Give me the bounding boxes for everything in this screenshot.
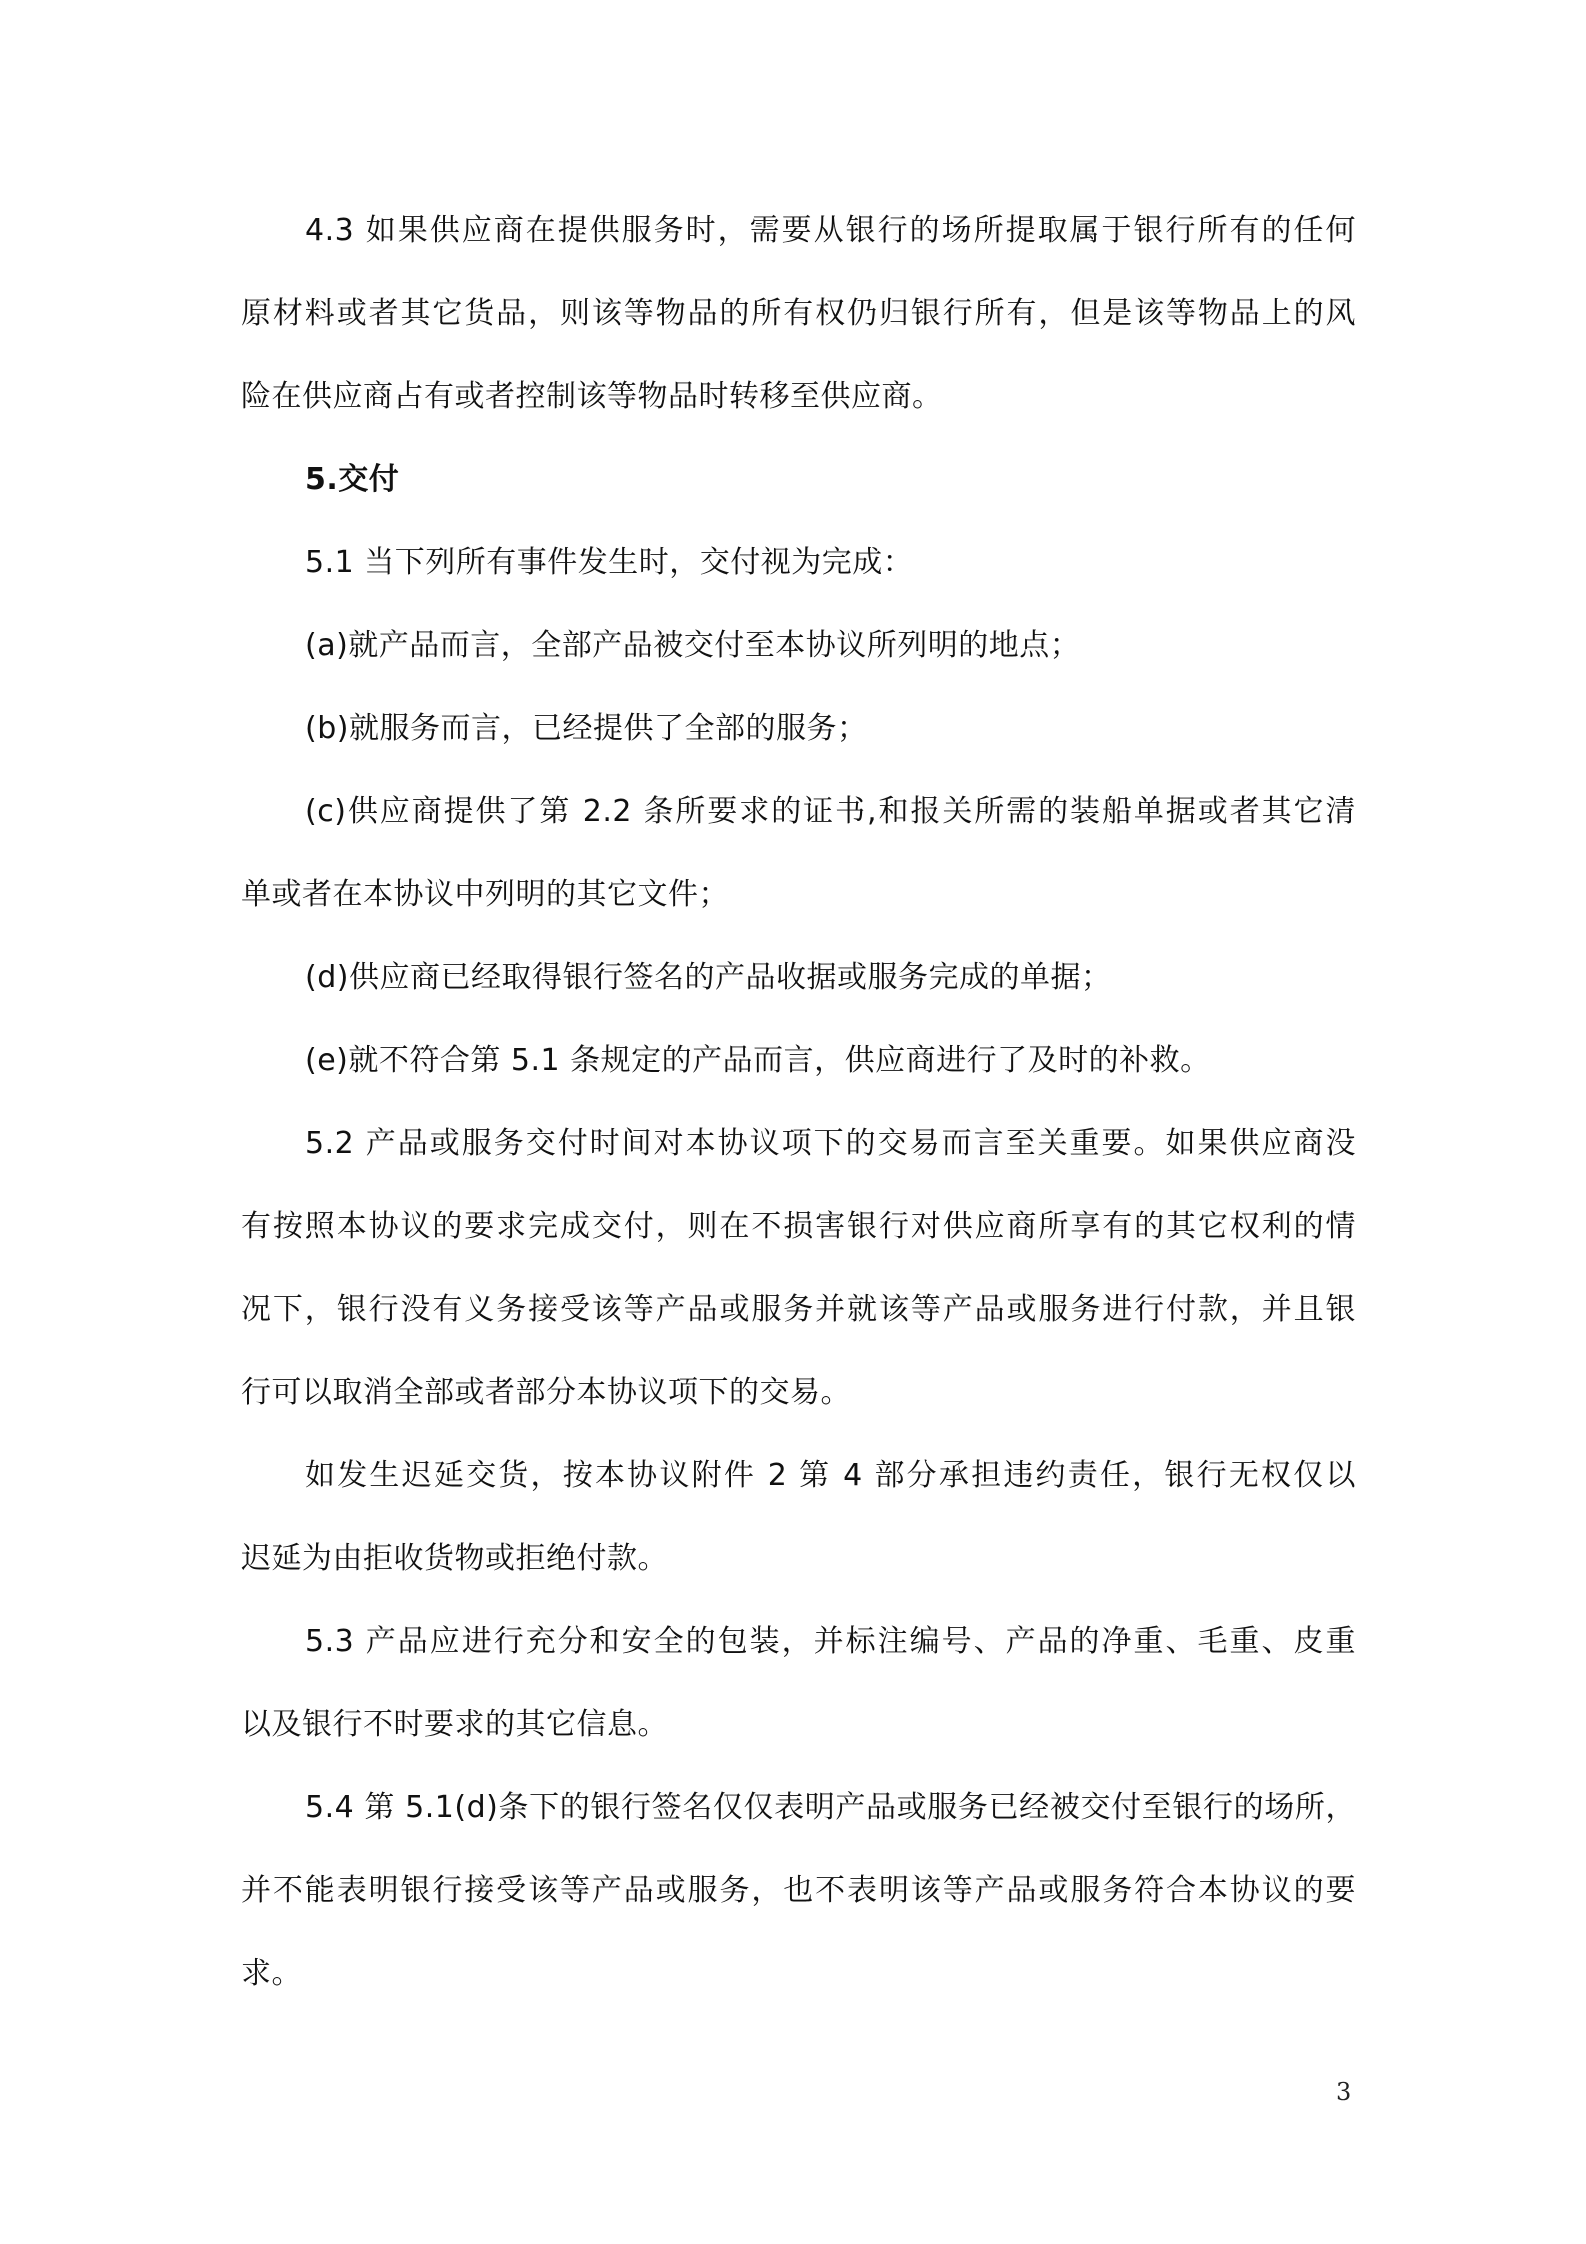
clause-5-2-line-2: 有按照本协议的要求完成交付，则在不损害银行对供应商所享有的其它权利的情 [241,1192,1356,1275]
clause-5-1: 5.1 当下列所有事件发生时，交付视为完成： [241,528,1356,611]
clause-5-4-line-1: 5.4 第 5.1(d)条下的银行签名仅仅表明产品或服务已经被交付至银行的场所， [241,1773,1356,1856]
clause-5-4-line-2: 并不能表明银行接受该等产品或服务，也不表明该等产品或服务符合本协议的要 [241,1856,1356,1939]
clause-5-2-line-3: 况下，银行没有义务接受该等产品或服务并就该等产品或服务进行付款，并且银 [241,1275,1356,1358]
clause-4-3-line-2: 原材料或者其它货品，则该等物品的所有权仍归银行所有，但是该等物品上的风 [241,279,1356,362]
clause-4-3-line-3: 险在供应商占有或者控制该等物品时转移至供应商。 [241,362,1356,445]
clause-5-1-b: (b)就服务而言，已经提供了全部的服务； [241,694,1356,777]
clause-5-1-c-line-2: 单或者在本协议中列明的其它文件； [241,860,1356,943]
late-delivery-line-2: 迟延为由拒收货物或拒绝付款。 [241,1524,1356,1607]
clause-4-3-line-1: 4.3 如果供应商在提供服务时，需要从银行的场所提取属于银行所有的任何 [241,196,1356,279]
clause-5-4-line-3: 求。 [241,1939,1356,2022]
document-body: 4.3 如果供应商在提供服务时，需要从银行的场所提取属于银行所有的任何 原材料或… [241,196,1356,2022]
document-page: 4.3 如果供应商在提供服务时，需要从银行的场所提取属于银行所有的任何 原材料或… [0,0,1586,2244]
clause-5-2-line-1: 5.2 产品或服务交付时间对本协议项下的交易而言至关重要。如果供应商没 [241,1109,1356,1192]
page-number: 3 [1336,2078,1351,2106]
clause-5-1-e: (e)就不符合第 5.1 条规定的产品而言，供应商进行了及时的补救。 [241,1026,1356,1109]
clause-5-2-line-4: 行可以取消全部或者部分本协议项下的交易。 [241,1358,1356,1441]
section-heading-delivery: 5.交付 [241,445,1356,528]
clause-5-3-line-2: 以及银行不时要求的其它信息。 [241,1690,1356,1773]
clause-5-1-c-line-1: (c)供应商提供了第 2.2 条所要求的证书,和报关所需的装船单据或者其它清 [241,777,1356,860]
clause-5-1-a: (a)就产品而言，全部产品被交付至本协议所列明的地点； [241,611,1356,694]
clause-5-1-d: (d)供应商已经取得银行签名的产品收据或服务完成的单据； [241,943,1356,1026]
late-delivery-line-1: 如发生迟延交货，按本协议附件 2 第 4 部分承担违约责任，银行无权仅以 [241,1441,1356,1524]
clause-5-3-line-1: 5.3 产品应进行充分和安全的包装，并标注编号、产品的净重、毛重、皮重 [241,1607,1356,1690]
